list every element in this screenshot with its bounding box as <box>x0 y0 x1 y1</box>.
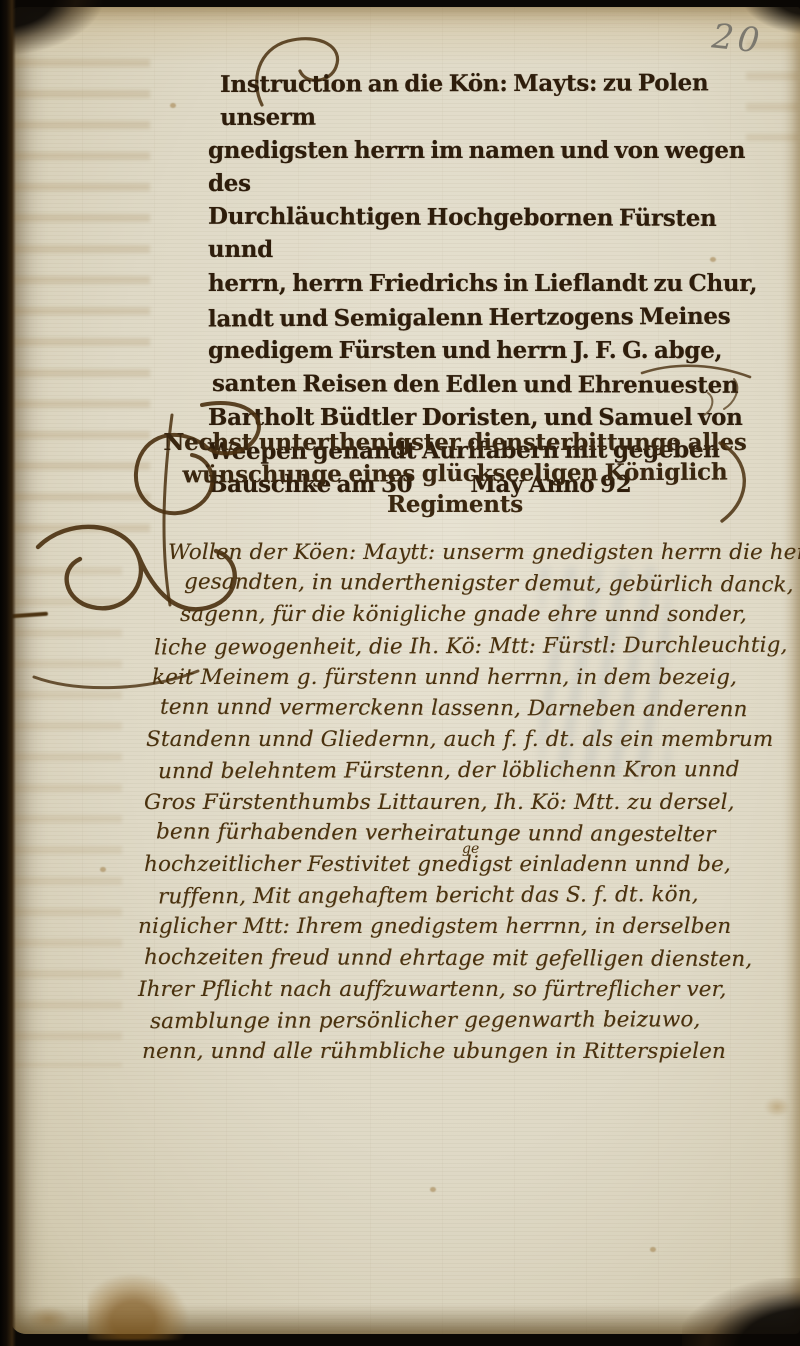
body-line: Wollen der Köen: Maytt: unserm gnedigste… <box>168 537 790 568</box>
foxing-speck <box>430 1187 436 1192</box>
salutation-line: Nechst unterthenigster diensterbittunge … <box>160 427 750 458</box>
salutation-block: Nechst unterthenigster diensterbittunge … <box>160 427 750 520</box>
heading-line: gnedigem Fürsten und herrn J. F. G. abge… <box>208 334 783 367</box>
heading-line: santen Reisen den Edlen und Ehrenuesten <box>212 367 783 402</box>
heading-line: herrn, herrn Friedrichs in Lieflandt zu … <box>208 267 783 300</box>
body-line: sagenn, für die königliche gnade ehre un… <box>180 599 790 630</box>
body-line: keit Meinem g. fürstenn unnd herrnn, in … <box>152 662 790 693</box>
body-line: tenn unnd vermerckenn lassenn, Darneben … <box>160 692 790 726</box>
foxing-speck <box>710 257 716 262</box>
body-line: liche gewogenheit, die Ih. Kö: Mtt: Fürs… <box>154 629 790 663</box>
interlinear-insertion: ge <box>462 841 479 857</box>
corner-damage-top-right <box>740 0 800 35</box>
foxing-speck <box>100 867 106 872</box>
heading-line: Durchläuchtigen Hochgebornen Fürsten unn… <box>208 199 783 268</box>
body-line: nenn, unnd alle rühmbliche ubungen in Ri… <box>142 1036 790 1067</box>
body-line: hochzeiten freud unnd ehrtage mit gefell… <box>144 942 790 975</box>
manuscript-page: 20 Instruction an die Kön: Mayts: zu Pol… <box>10 7 800 1334</box>
body-line: gesandten, in underthenigster demut, geb… <box>184 567 790 601</box>
foxing-speck <box>650 1247 656 1252</box>
body-line: Gros Fürstenthumbs Littauren, Ih. Kö: Mt… <box>144 787 790 818</box>
ink-bleedthrough-left-upper <box>12 59 150 539</box>
foxing-speck <box>170 103 176 108</box>
stain-bottom-left-small <box>26 1306 70 1332</box>
book-binding-edge <box>0 0 16 1346</box>
stain-bottom-left <box>88 1274 188 1340</box>
body-line: samblunge inn persönlicher gegenwarth be… <box>150 1004 790 1037</box>
body-line: niglicher Mtt: Ihrem gnedigstem herrnn, … <box>138 911 790 942</box>
body-line: Ihrer Pflicht nach auffzuwartenn, so für… <box>138 974 790 1005</box>
stain-right-edge <box>764 1097 790 1117</box>
ink-bleedthrough-left-lower <box>10 567 122 1067</box>
salutation-line: Regiments <box>160 489 750 520</box>
body-line: ruffenn, Mit angehaftem bericht das S. f… <box>158 879 790 913</box>
body-text-block: Wollen der Köen: Maytt: unserm gnedigste… <box>138 537 790 1067</box>
manuscript-scan: 20 Instruction an die Kön: Mayts: zu Pol… <box>0 0 800 1346</box>
salutation-line: wünschunge eines glückseeligen Königlich <box>160 456 750 490</box>
heading-line: Instruction an die Kön: Mayts: zu Polen … <box>220 66 783 135</box>
top-edge-discoloration <box>10 7 800 65</box>
body-line: unnd belehntem Fürstenn, der löblichenn … <box>158 754 790 787</box>
body-line: Standenn unnd Gliedernn, auch f. f. dt. … <box>146 724 790 755</box>
heading-line: landt und Semigalenn Hertzogens Meines <box>208 299 783 335</box>
corner-damage-bottom-right <box>682 1278 800 1346</box>
heading-line: gnedigsten herrn im namen und von wegen … <box>208 134 783 201</box>
